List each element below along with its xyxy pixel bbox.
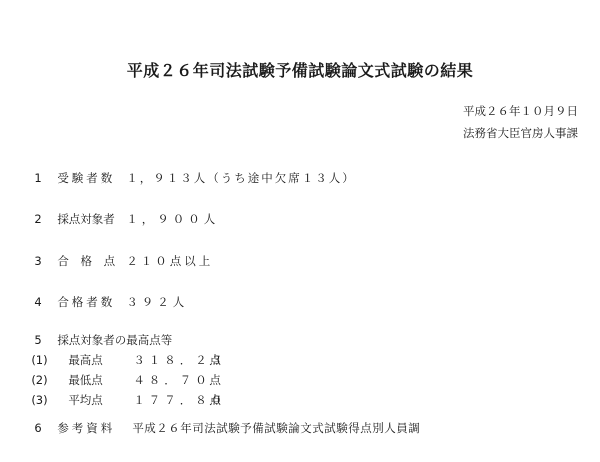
item-number: 4 [34, 295, 57, 309]
score-unit: 点 [209, 393, 221, 407]
item-number: 2 [34, 212, 57, 226]
item-passing-score: 3合 格 点２１０点以上 [27, 239, 213, 269]
item-label: 合 格 点 [57, 253, 126, 269]
item-passers: 4合格者数３９２人 [27, 280, 188, 310]
document-title: 平成２６年司法試験予備試験論文式試験の結果 [0, 58, 600, 81]
item-label: 合格者数 [57, 294, 126, 310]
item-reference: 6参考資料平成２６年司法試験予備試験論文式試験得点別人員調 [27, 406, 420, 436]
item-number: 3 [34, 254, 57, 268]
item-value: ３９２人 [126, 295, 188, 309]
item-number: 6 [34, 421, 57, 435]
item-label: 受験者数 [57, 170, 126, 186]
score-number: (3) [31, 393, 68, 407]
item-label: 採点対象者 [57, 211, 126, 227]
item-applicants: 1受験者数１，９１３人（うち途中欠席１３人） [27, 156, 356, 186]
item-value: ２１０点以上 [126, 254, 213, 268]
item-graded: 2採点対象者１，９００人 [27, 197, 219, 227]
item-value: １，９００人 [126, 212, 219, 226]
document-date: 平成２６年１０月９日 [463, 100, 578, 122]
document-meta: 平成２６年１０月９日 法務省大臣官房人事課 [463, 100, 578, 144]
item-label: 参考資料 [57, 420, 132, 436]
item-value: １，９１３人（うち途中欠席１３人） [126, 171, 356, 185]
item-value: 平成２６年司法試験予備試験論文式試験得点別人員調 [132, 421, 420, 435]
score-average: (3)平均点１７７．８０点 [24, 378, 221, 408]
item-number: 1 [34, 171, 57, 185]
document-issuer: 法務省大臣官房人事課 [463, 122, 578, 144]
